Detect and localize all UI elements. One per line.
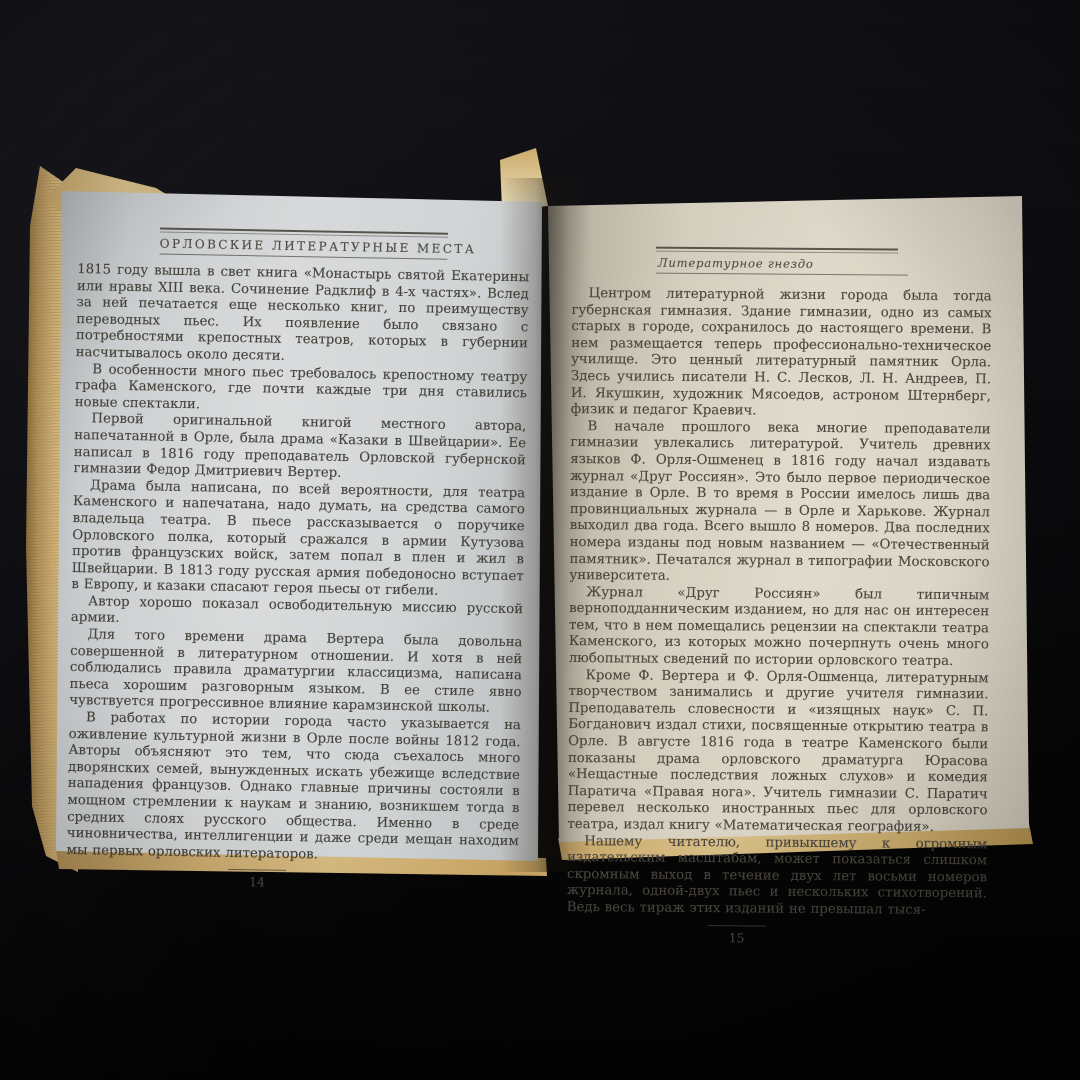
paragraph: Драма была написана, по всей вероятности… (71, 478, 525, 602)
page-number-block: 15 (567, 924, 907, 947)
running-head-title: ОРЛОВСКИЕ ЛИТЕРАТУРНЫЕ МЕСТА (160, 233, 448, 259)
paragraph: В особенности много пьес требовалось кре… (75, 362, 528, 420)
left-running-head: ОРЛОВСКИЕ ЛИТЕРАТУРНЫЕ МЕСТА (159, 228, 447, 260)
paragraph: Для того времени драма Вертера была дово… (69, 627, 522, 718)
paragraph: Первой оригинальной книгой местного авто… (73, 411, 526, 486)
running-head-title: Литературное гнездо (656, 252, 908, 275)
left-page-content: ОРЛОВСКИЕ ЛИТЕРАТУРНЫЕ МЕСТА 1815 году в… (66, 226, 530, 895)
paragraph: Нашему читателю, привыкшему к огромным и… (567, 834, 988, 920)
paragraph: 1815 году вышла в свет книга «Монастырь … (76, 262, 530, 370)
right-running-head: Литературное гнездо (656, 247, 908, 276)
paragraph: Журнал «Друг Россиян» был типичным верно… (569, 585, 990, 671)
page-number-block: 14 (66, 866, 448, 893)
page-number: 15 (567, 925, 907, 947)
photo-background: ОРЛОВСКИЕ ЛИТЕРАТУРНЫЕ МЕСТА 1815 году в… (0, 0, 1080, 1080)
paragraph: В работах по истории города часто указыв… (66, 710, 521, 868)
paragraph: Кроме Ф. Вертера и Ф. Орля-Ошменца, лите… (567, 668, 988, 837)
paragraph: В начале прошлого века многие преподават… (569, 419, 990, 588)
right-page-content: Литературное гнездо Центром литературной… (567, 246, 992, 947)
open-book: ОРЛОВСКИЕ ЛИТЕРАТУРНЫЕ МЕСТА 1815 году в… (0, 0, 1080, 1080)
paragraph: Центром литературной жизни города была т… (571, 286, 992, 422)
page-number: 14 (66, 867, 448, 893)
